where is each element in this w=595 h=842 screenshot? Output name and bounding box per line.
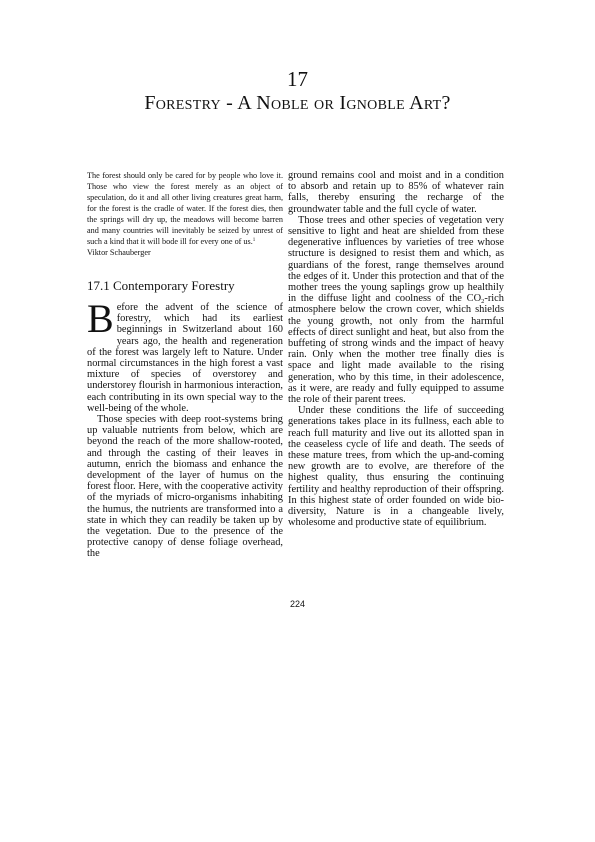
paragraph-3-part-a: Those trees and other species of vegetat… xyxy=(288,215,504,304)
paragraph-2-left: Those species with deep root-systems bri… xyxy=(87,414,283,560)
epigraph-attribution: Viktor Schauberger xyxy=(87,247,283,258)
chapter-title: Forestry - A Noble or Ignoble Art? xyxy=(0,92,595,114)
drop-cap: B xyxy=(87,304,114,336)
footnote-mark[interactable]: 1 xyxy=(253,238,256,243)
paragraph-1: Before the advent of the science of fore… xyxy=(87,302,283,414)
paragraph-2-right: ground remains cool and moist and in a c… xyxy=(288,170,504,215)
left-column: The forest should only be cared for by p… xyxy=(87,170,283,560)
epigraph: The forest should only be cared for by p… xyxy=(87,170,283,247)
paragraph-3: Those trees and other species of vegetat… xyxy=(288,215,504,405)
page-number: 224 xyxy=(0,599,595,609)
paragraph-4: Under these conditions the life of succe… xyxy=(288,405,504,528)
right-column: ground remains cool and moist and in a c… xyxy=(288,170,504,529)
paragraph-3-part-b: -rich atmosphere below the crown cover, … xyxy=(288,293,504,405)
section-heading: 17.1 Contemporary Forestry xyxy=(87,278,283,294)
paragraph-1-text: efore the advent of the science of fores… xyxy=(87,302,283,414)
epigraph-text: The forest should only be cared for by p… xyxy=(87,171,283,246)
chapter-number: 17 xyxy=(0,68,595,90)
